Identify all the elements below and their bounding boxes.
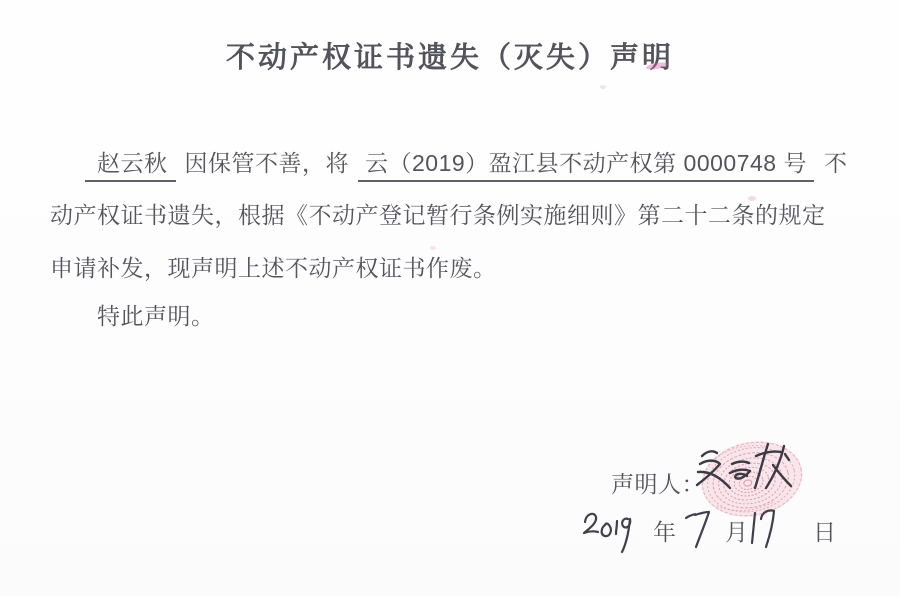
handwritten-day-17: [752, 510, 774, 547]
line1-tail: 不: [824, 150, 848, 176]
body-line-2: 动产权证书遗失，根据《不动产登记暂行条例实施细则》第二十二条的规定: [50, 201, 826, 229]
body-line-3: 申请补发，现声明上述不动产权证书作废。: [50, 254, 497, 282]
scan-smudge: [600, 85, 606, 89]
handwritten-date-numbers: [578, 498, 803, 558]
line1-text-after-name: 因保管不善，将: [185, 150, 350, 176]
declarant-name-underlined: 赵云秋: [85, 149, 176, 182]
handwritten-year-2019: [584, 514, 630, 552]
closing-statement: 特此声明。: [97, 302, 215, 330]
body-line-1: 赵云秋因保管不善，将云（2019）盈江县不动产权第 0000748 号不: [85, 149, 848, 182]
handwritten-month-7: [686, 512, 709, 547]
day-character: 日: [813, 514, 836, 547]
scanned-declaration-page: 不动产权证书遗失（灭失）声明 赵云秋因保管不善，将云（2019）盈江县不动产权第…: [0, 0, 900, 596]
scan-smudge: [748, 196, 756, 201]
certificate-number-underlined: 云（2019）盈江县不动产权第 0000748 号: [358, 149, 814, 182]
year-character: 年: [653, 514, 676, 547]
document-title: 不动产权证书遗失（灭失）声明: [0, 41, 900, 75]
month-character: 月: [725, 514, 748, 547]
scan-smudge: [430, 246, 436, 250]
